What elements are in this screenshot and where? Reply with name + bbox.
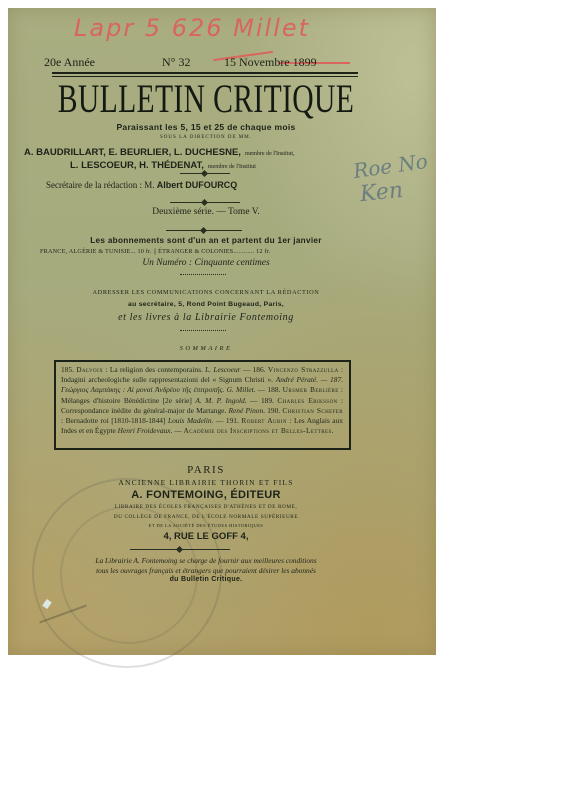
series-line: Deuxième série. — Tome V. xyxy=(0,207,420,217)
toc-segment: Christian Schefer xyxy=(282,406,343,415)
publisher-street: 4, RUE LE GOFF 4, xyxy=(0,531,420,542)
publisher-city: PARIS xyxy=(0,464,420,476)
toc-segment: L. Lescoeur xyxy=(205,365,240,374)
dotted-divider-2 xyxy=(180,330,226,331)
subscription-terms: Les abonnements sont d'un an et partent … xyxy=(0,236,420,245)
toc-segment: Ursmer Berlière xyxy=(283,385,339,394)
directors-names-2: L. LESCOEUR, H. THÉDENAT, xyxy=(70,160,204,171)
toc-segment: : La religion des contemporains. xyxy=(103,365,205,374)
toc-segment: Charles Eriksson xyxy=(277,396,337,405)
toc-segment: André Pératé xyxy=(276,375,316,384)
publisher-desc-1: LIBRAIRE DES ÉCOLES FRANÇAISES D'ATHÈNES… xyxy=(0,504,420,510)
issue-year: 20e Année xyxy=(44,55,95,70)
toc-segment: . — 191. xyxy=(212,416,242,425)
toc-segment: . — 188. xyxy=(254,385,283,394)
notice-line-3: du Bulletin Critique. xyxy=(0,576,420,583)
address-line-1: ADRESSER LES COMMUNICATIONS CONCERNANT L… xyxy=(0,289,420,296)
notice-line-1: La Librairie A. Fontemoing se charge de … xyxy=(0,556,420,565)
toc-segment: René Pinon xyxy=(229,406,264,415)
issue-date: 15 Novembre 1899 xyxy=(224,55,317,70)
notice-line-2: tous les ouvrages français et étrangers … xyxy=(0,566,420,575)
ornament-divider xyxy=(180,173,230,174)
toc-segment: Académie des Inscriptions et Belles-Lett… xyxy=(183,426,331,435)
toc-segment: G. Millet xyxy=(227,385,254,394)
journal-title: BULLETIN CRITIQUE xyxy=(48,75,365,122)
toc-segment: A. M. P. Ingold xyxy=(195,396,244,405)
direction-label: sous la direction de MM. xyxy=(0,135,420,140)
subscription-prices: FRANCE, ALGÉRIE & TUNISIE... 10 fr. || É… xyxy=(40,248,270,255)
issue-number: N° 32 xyxy=(162,55,190,70)
single-issue-price: Un Numéro : Cinquante centimes xyxy=(0,258,420,268)
toc-segment: Henri Froidevaux xyxy=(118,426,171,435)
publication-frequency: Paraissant les 5, 15 et 25 de chaque moi… xyxy=(0,122,420,132)
directors-line-2: L. LESCOEUR, H. THÉDENAT, membre de l'In… xyxy=(70,155,256,173)
secretary-name: Albert DUFOURCQ xyxy=(157,180,238,190)
toc-segment: 185. xyxy=(61,365,76,374)
header-rule xyxy=(52,72,358,74)
toc-segment: . 190. xyxy=(263,406,282,415)
handwritten-side-note-2: Ken xyxy=(359,178,404,207)
dotted-divider xyxy=(180,274,226,275)
publisher-desc-2: DU COLLÈGE DE FRANCE, DE L'ÉCOLE NORMALE… xyxy=(0,514,420,520)
toc-segment: . — xyxy=(171,426,184,435)
ornament-divider-2 xyxy=(170,202,240,203)
directors-note-2: membre de l'Institut xyxy=(208,164,256,170)
secretary-prefix: Secrétaire de la rédaction : M. xyxy=(46,180,154,190)
secretary-line: Secrétaire de la rédaction : M. Albert D… xyxy=(46,180,237,190)
toc-segment: Dalvoix xyxy=(76,365,103,374)
toc-segment: Vincenzo Strazzulla xyxy=(268,365,339,374)
toc-text: 185. Dalvoix : La religion des contempor… xyxy=(61,365,343,435)
handwritten-shelfmark: Lapr 5 626 Millet xyxy=(74,14,310,42)
publisher-former-name: ANCIENNE LIBRAIRIE THORIN ET FILS xyxy=(0,478,420,487)
address-line-3: et les livres à la Librairie Fontemoing xyxy=(0,312,420,323)
toc-segment: . — 189. xyxy=(245,396,278,405)
toc-segment: . xyxy=(332,426,334,435)
toc-segment: — 186. xyxy=(241,365,268,374)
toc-segment: : Bernadotte roi [1810-1818-1844] xyxy=(61,416,168,425)
sommaire-heading: SOMMAIRE xyxy=(0,345,420,352)
table-of-contents: 185. Dalvoix : La religion des contempor… xyxy=(54,360,351,450)
toc-segment: Louis Madelin xyxy=(168,416,212,425)
toc-segment: Robert Aubin xyxy=(241,416,287,425)
ornament-divider-3 xyxy=(166,230,242,231)
publisher-name: A. FONTEMOING, ÉDITEUR xyxy=(0,489,420,501)
document-page: Lapr 5 626 Millet Roe No Ken 20e Année N… xyxy=(8,8,436,655)
publisher-desc-3: ET DE LA SOCIÉTÉ DES ÉTUDES HISTORIQUES xyxy=(0,523,420,528)
ornament-divider-4 xyxy=(130,549,230,550)
address-line-2: au secrétaire, 5, Rond Point Bugeaud, Pa… xyxy=(0,301,420,308)
